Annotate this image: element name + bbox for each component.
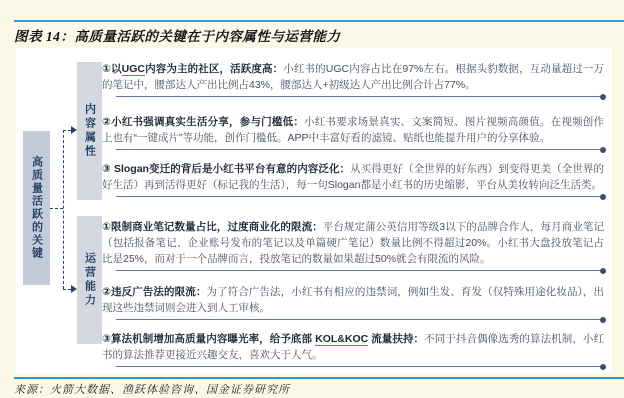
figure-title: 图表 14：高质量活跃的关键在于内容属性与运营能力 — [14, 25, 614, 45]
note-item: ③ Slogan变迁的背后是小红书平台有意的内容泛化：从买得更好（全世界的好东西… — [102, 161, 604, 197]
top-rule — [14, 20, 624, 22]
branch-content-label: 内容属性 — [82, 103, 98, 159]
note-red-term: UGC — [122, 63, 145, 76]
root-node: 高质量活跃的关键 — [23, 131, 50, 285]
note-red-term: KOL&KOC — [315, 333, 368, 346]
bottom-rule — [14, 377, 624, 379]
note-lead: ①限制商业笔记数量占比，过度商业化的限流： — [102, 221, 323, 233]
branch-node-operations: 运营能力 — [77, 216, 102, 344]
note-item: ①以UGC内容为主的社区，活跃度高：小红书的UGC内容占比在97%左右。根据头豹… — [102, 61, 604, 97]
connector-root-stub — [50, 208, 63, 209]
note-lead: ②违反广告法的限流： — [102, 286, 206, 298]
note-underline — [116, 196, 604, 197]
note-underline — [116, 96, 604, 97]
note-item: ③算法机制增加高质量内容曝光率，给予底部 KOL&KOC 流量扶持：不同于抖音偶… — [102, 331, 604, 367]
note-underline — [116, 319, 604, 320]
note-lead: 内容为主的社区，活跃度高： — [145, 63, 283, 75]
note-lead: ③算法机制增加高质量内容曝光率，给予底部 — [102, 333, 315, 345]
diagram-panel: 高质量活跃的关键 内容属性 运营能力 ①以UGC内容为主的社区，活跃度高：小红书… — [16, 48, 612, 373]
connector-vertical — [63, 130, 64, 289]
note-lead: ①以 — [102, 63, 122, 75]
source-note: 来源：火箭大数据、渔跃体验咨询、国金证券研究所 — [14, 381, 614, 397]
note-item: ②小红书强调真实生活分享，参与门槛低：小红书要求场景真实、文案简短、图片视频高颜… — [102, 114, 604, 150]
note-underline — [116, 270, 604, 271]
note-lead: 流量扶持： — [368, 333, 424, 345]
note-lead: ③ Slogan变迁的背后是小红书平台有意的内容泛化： — [102, 163, 350, 175]
connector-bottom-branch — [63, 289, 71, 290]
root-node-label: 高质量活跃的关键 — [29, 156, 45, 260]
branch-node-content: 内容属性 — [77, 62, 102, 200]
note-underline — [116, 366, 604, 367]
note-underline — [116, 149, 604, 150]
note-item: ①限制商业笔记数量占比，过度商业化的限流：平台规定蒲公英信用等级3以下的品牌合作… — [102, 219, 604, 271]
connector-top-branch — [63, 130, 71, 131]
branch-operations-label: 运营能力 — [82, 252, 98, 308]
note-item: ②违反广告法的限流：为了符合广告法，小红书有相应的违禁词，例如生发、育发（仅特殊… — [102, 284, 604, 320]
note-lead: ②小红书强调真实生活分享，参与门槛低： — [102, 116, 304, 128]
